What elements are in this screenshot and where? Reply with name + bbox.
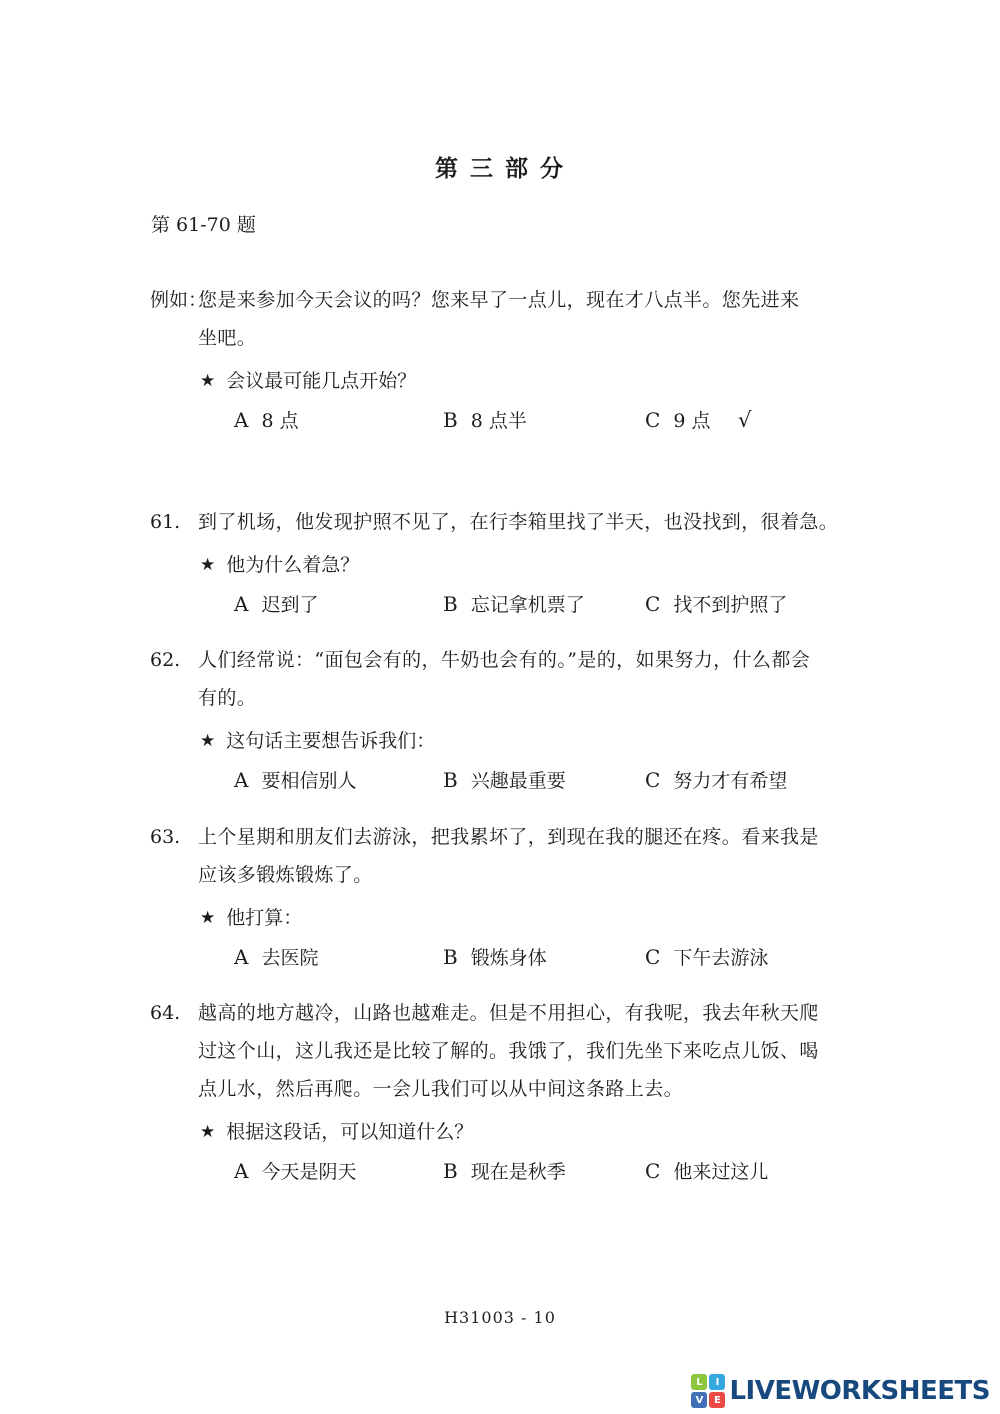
question-number: 63. [150, 818, 180, 856]
logo-tile-e: E [709, 1392, 725, 1408]
question-prompt: 这句话主要想告诉我们： [226, 730, 435, 752]
example-paragraph: 例如： 您是来参加今天会议的吗？您来早了一点儿，现在才八点半。您先进来 坐吧。 [150, 281, 870, 357]
option-text: 兴趣最重要 [471, 770, 566, 792]
question-prompt: 根据这段话，可以知道什么？ [226, 1121, 473, 1143]
question-prompt-line: ★根据这段话，可以知道什么？ [200, 1113, 870, 1152]
options-row: A今天是阴天 B现在是秋季 C他来过这儿 [150, 1152, 870, 1190]
checkmark-icon: √ [738, 401, 751, 439]
option-letter: A [234, 592, 248, 616]
paragraph-line: 人们经常说：“面包会有的，牛奶也会有的。”是的，如果努力，什么都会 [198, 641, 870, 679]
option-b: B忘记拿机票了 [443, 585, 585, 624]
option-letter: A [234, 768, 248, 792]
question-paragraph: 63. 上个星期和朋友们去游泳，把我累坏了，到现在我的腿还在疼。看来我是 应该多… [150, 818, 870, 894]
option-letter: A [234, 945, 248, 969]
option-letter: C [645, 1159, 660, 1183]
question-paragraph: 61. 到了机场，他发现护照不见了，在行李箱里找了半天，也没找到，很着急。 [150, 503, 870, 541]
option-letter: B [443, 768, 458, 792]
example-label: 例如： [150, 281, 207, 319]
paragraph-line: 过这个山，这儿我还是比较了解的。我饿了，我们先坐下来吃点儿饭、喝 [198, 1032, 870, 1070]
paragraph-line: 应该多锻炼锻炼了。 [198, 856, 870, 894]
logo-tile-v: V [691, 1392, 707, 1408]
option-b: B锻炼身体 [443, 938, 547, 977]
example-option-a: A8 点 [234, 401, 299, 440]
liveworksheets-icon: L I V E [691, 1374, 725, 1408]
liveworksheets-logo-link[interactable]: L I V E LIVEWORKSHEETS [691, 1374, 990, 1408]
option-letter: A [234, 1159, 248, 1183]
page-footer-code: H31003 - 10 [0, 1308, 1000, 1327]
option-a: A去医院 [234, 938, 318, 977]
example-option-b: B8 点半 [443, 401, 527, 440]
option-text: 要相信别人 [261, 770, 356, 792]
question-number: 61. [150, 503, 180, 541]
logo-tile-l: L [691, 1374, 707, 1390]
star-icon: ★ [200, 731, 215, 751]
option-c: C努力才有希望 [645, 761, 787, 800]
star-icon: ★ [200, 555, 215, 575]
option-text: 努力才有希望 [673, 770, 787, 792]
question-prompt: 他打算： [226, 907, 302, 929]
option-c: C找不到护照了 [645, 585, 787, 624]
option-text: 今天是阴天 [261, 1161, 356, 1183]
paragraph-line: 坐吧。 [198, 319, 870, 357]
paragraph-line: 您是来参加今天会议的吗？您来早了一点儿，现在才八点半。您先进来 [198, 281, 870, 319]
section-title: 第 三 部 分 [0, 150, 1000, 183]
star-icon: ★ [200, 371, 215, 391]
paragraph-line: 到了机场，他发现护照不见了，在行李箱里找了半天，也没找到，很着急。 [198, 503, 870, 541]
question-paragraph: 64. 越高的地方越冷，山路也越难走。但是不用担心，有我呢，我去年秋天爬 过这个… [150, 994, 870, 1108]
option-text: 找不到护照了 [673, 594, 787, 616]
option-text: 8 点半 [471, 410, 527, 432]
option-letter: B [443, 1159, 458, 1183]
options-row: A要相信别人 B兴趣最重要 C努力才有希望 [150, 761, 870, 799]
question-range-label: 第 61-70 题 [151, 210, 256, 237]
example-prompt: 会议最可能几点开始？ [226, 370, 416, 392]
option-text: 下午去游泳 [673, 947, 768, 969]
option-text: 锻炼身体 [471, 947, 547, 969]
option-text: 8 点 [261, 410, 298, 432]
star-icon: ★ [200, 1122, 215, 1142]
option-a: A迟到了 [234, 585, 318, 624]
option-a: A今天是阴天 [234, 1152, 356, 1191]
question-prompt-line: ★他打算： [200, 899, 870, 938]
paragraph-line: 点儿水，然后再爬。一会儿我们可以从中间这条路上去。 [198, 1070, 870, 1108]
option-b: B现在是秋季 [443, 1152, 566, 1191]
option-c: C他来过这儿 [645, 1152, 768, 1191]
question-paragraph: 62. 人们经常说：“面包会有的，牛奶也会有的。”是的，如果努力，什么都会 有的… [150, 641, 870, 717]
option-letter: A [234, 408, 248, 432]
option-letter: B [443, 945, 458, 969]
example-block: 例如： 您是来参加今天会议的吗？您来早了一点儿，现在才八点半。您先进来 坐吧。 … [150, 281, 870, 439]
paragraph-line: 有的。 [198, 679, 870, 717]
option-text: 去医院 [261, 947, 318, 969]
option-c: C下午去游泳 [645, 938, 768, 977]
option-letter: C [645, 592, 660, 616]
example-option-c: C9 点 [645, 401, 710, 440]
question-63-block: 63. 上个星期和朋友们去游泳，把我累坏了，到现在我的腿还在疼。看来我是 应该多… [150, 818, 870, 976]
question-62-block: 62. 人们经常说：“面包会有的，牛奶也会有的。”是的，如果努力，什么都会 有的… [150, 641, 870, 799]
option-a: A要相信别人 [234, 761, 356, 800]
option-letter: B [443, 592, 458, 616]
question-number: 64. [150, 994, 180, 1032]
question-number: 62. [150, 641, 180, 679]
question-64-block: 64. 越高的地方越冷，山路也越难走。但是不用担心，有我呢，我去年秋天爬 过这个… [150, 994, 870, 1190]
paragraph-line: 上个星期和朋友们去游泳，把我累坏了，到现在我的腿还在疼。看来我是 [198, 818, 870, 856]
question-prompt-line: ★他为什么着急？ [200, 546, 870, 585]
question-61-block: 61. 到了机场，他发现护照不见了，在行李箱里找了半天，也没找到，很着急。 ★他… [150, 503, 870, 623]
option-letter: B [443, 408, 458, 432]
option-text: 忘记拿机票了 [471, 594, 585, 616]
option-text: 现在是秋季 [471, 1161, 566, 1183]
question-prompt-line: ★这句话主要想告诉我们： [200, 722, 870, 761]
option-letter: C [645, 768, 660, 792]
logo-tile-i: I [709, 1374, 725, 1390]
paragraph-line: 越高的地方越冷，山路也越难走。但是不用担心，有我呢，我去年秋天爬 [198, 994, 870, 1032]
option-text: 迟到了 [261, 594, 318, 616]
question-prompt: 他为什么着急？ [226, 554, 359, 576]
options-row: A去医院 B锻炼身体 C下午去游泳 [150, 938, 870, 976]
option-letter: C [645, 408, 660, 432]
liveworksheets-wordmark: LIVEWORKSHEETS [729, 1376, 990, 1406]
option-text: 9 点 [673, 410, 710, 432]
example-options-row: A8 点 B8 点半 C9 点 √ [150, 401, 870, 439]
option-text: 他来过这儿 [673, 1161, 768, 1183]
options-row: A迟到了 B忘记拿机票了 C找不到护照了 [150, 585, 870, 623]
option-b: B兴趣最重要 [443, 761, 566, 800]
star-icon: ★ [200, 908, 215, 928]
option-letter: C [645, 945, 660, 969]
worksheet-page: 第 三 部 分 第 61-70 题 例如： 您是来参加今天会议的吗？您来早了一点… [0, 0, 1000, 1414]
example-prompt-line: ★会议最可能几点开始？ [200, 362, 870, 401]
